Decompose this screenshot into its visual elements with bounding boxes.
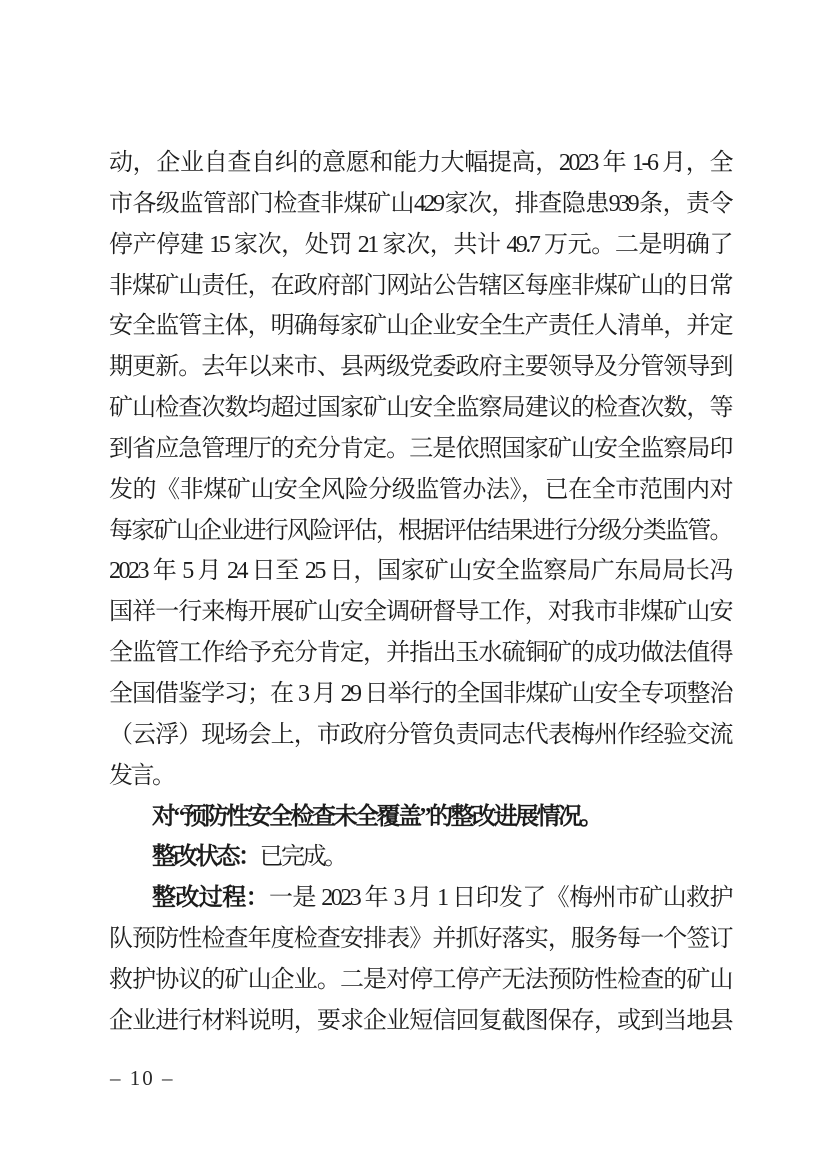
text-line: （云浮）现场会上，市政府分管负责同志代表梅州作经验交流: [109, 715, 731, 756]
text-line: 全监管工作给予充分肯定，并指出玉水硫铜矿的成功做法值得: [109, 633, 731, 674]
text-line: 安全监管主体，明确每家矿山企业安全生产责任人清单，并定: [109, 306, 731, 347]
text-line: 停产停建 15 家次，处罚 21 家次，共计 49.7 万元。二是明确了: [109, 225, 731, 266]
text-line: 非煤矿山责任，在政府部门网站公告辖区每座非煤矿山的日常: [109, 266, 731, 307]
text-line: 发的《非煤矿山安全风险分级监管办法》，已在全市范围内对: [109, 470, 731, 511]
document-page: 动，企业自查自纠的意愿和能力大幅提高，2023 年 1-6 月，全市各级监管部门…: [0, 0, 827, 1170]
text-line: 救护协议的矿山企业。二是对停工停产无法预防性检查的矿山: [109, 960, 731, 1001]
text-line: 市各级监管部门检查非煤矿山429家次，排查隐患939条，责令: [109, 184, 731, 225]
text-line: 发言。: [109, 756, 731, 797]
text-line: 每家矿山企业进行风险评估，根据评估结果进行分级分类监管。: [109, 511, 731, 552]
text-line: 矿山检查次数均超过国家矿山安全监察局建议的检查次数，等: [109, 388, 731, 429]
text-line: 全国借鉴学习；在 3 月 29 日举行的全国非煤矿山安全专项整治: [109, 674, 731, 715]
body-text: 动，企业自查自纠的意愿和能力大幅提高，2023 年 1-6 月，全市各级监管部门…: [109, 143, 731, 1042]
text-line: 期更新。去年以来市、县两级党委政府主要领导及分管领导到: [109, 347, 731, 388]
bold-label: 整改状态：: [152, 844, 260, 870]
bold-label: 整改过程：: [152, 885, 269, 911]
text-line: 国祥一行来梅开展矿山安全调研督导工作，对我市非煤矿山安: [109, 592, 731, 633]
line-text: 一是 2023 年 3 月 1 日印发了《梅州市矿山救护: [269, 885, 731, 911]
text-line: 动，企业自查自纠的意愿和能力大幅提高，2023 年 1-6 月，全: [109, 143, 731, 184]
text-line: 对“预防性安全检查未全覆盖”的整改进展情况。: [109, 797, 731, 838]
text-line: 到省应急管理厅的充分肯定。三是依照国家矿山安全监察局印: [109, 429, 731, 470]
text-line: 整改状态：已完成。: [109, 837, 731, 878]
text-line: 企业进行材料说明，要求企业短信回复截图保存，或到当地县: [109, 1001, 731, 1042]
page-number: – 10 –: [110, 1064, 175, 1092]
line-text: 已完成。: [260, 844, 346, 870]
text-line: 整改过程：一是 2023 年 3 月 1 日印发了《梅州市矿山救护: [109, 878, 731, 919]
text-line: 2023 年 5 月 24 日至 25 日，国家矿山安全监察局广东局局长冯: [109, 551, 731, 592]
text-line: 队预防性检查年度检查安排表》并抓好落实，服务每一个签订: [109, 919, 731, 960]
